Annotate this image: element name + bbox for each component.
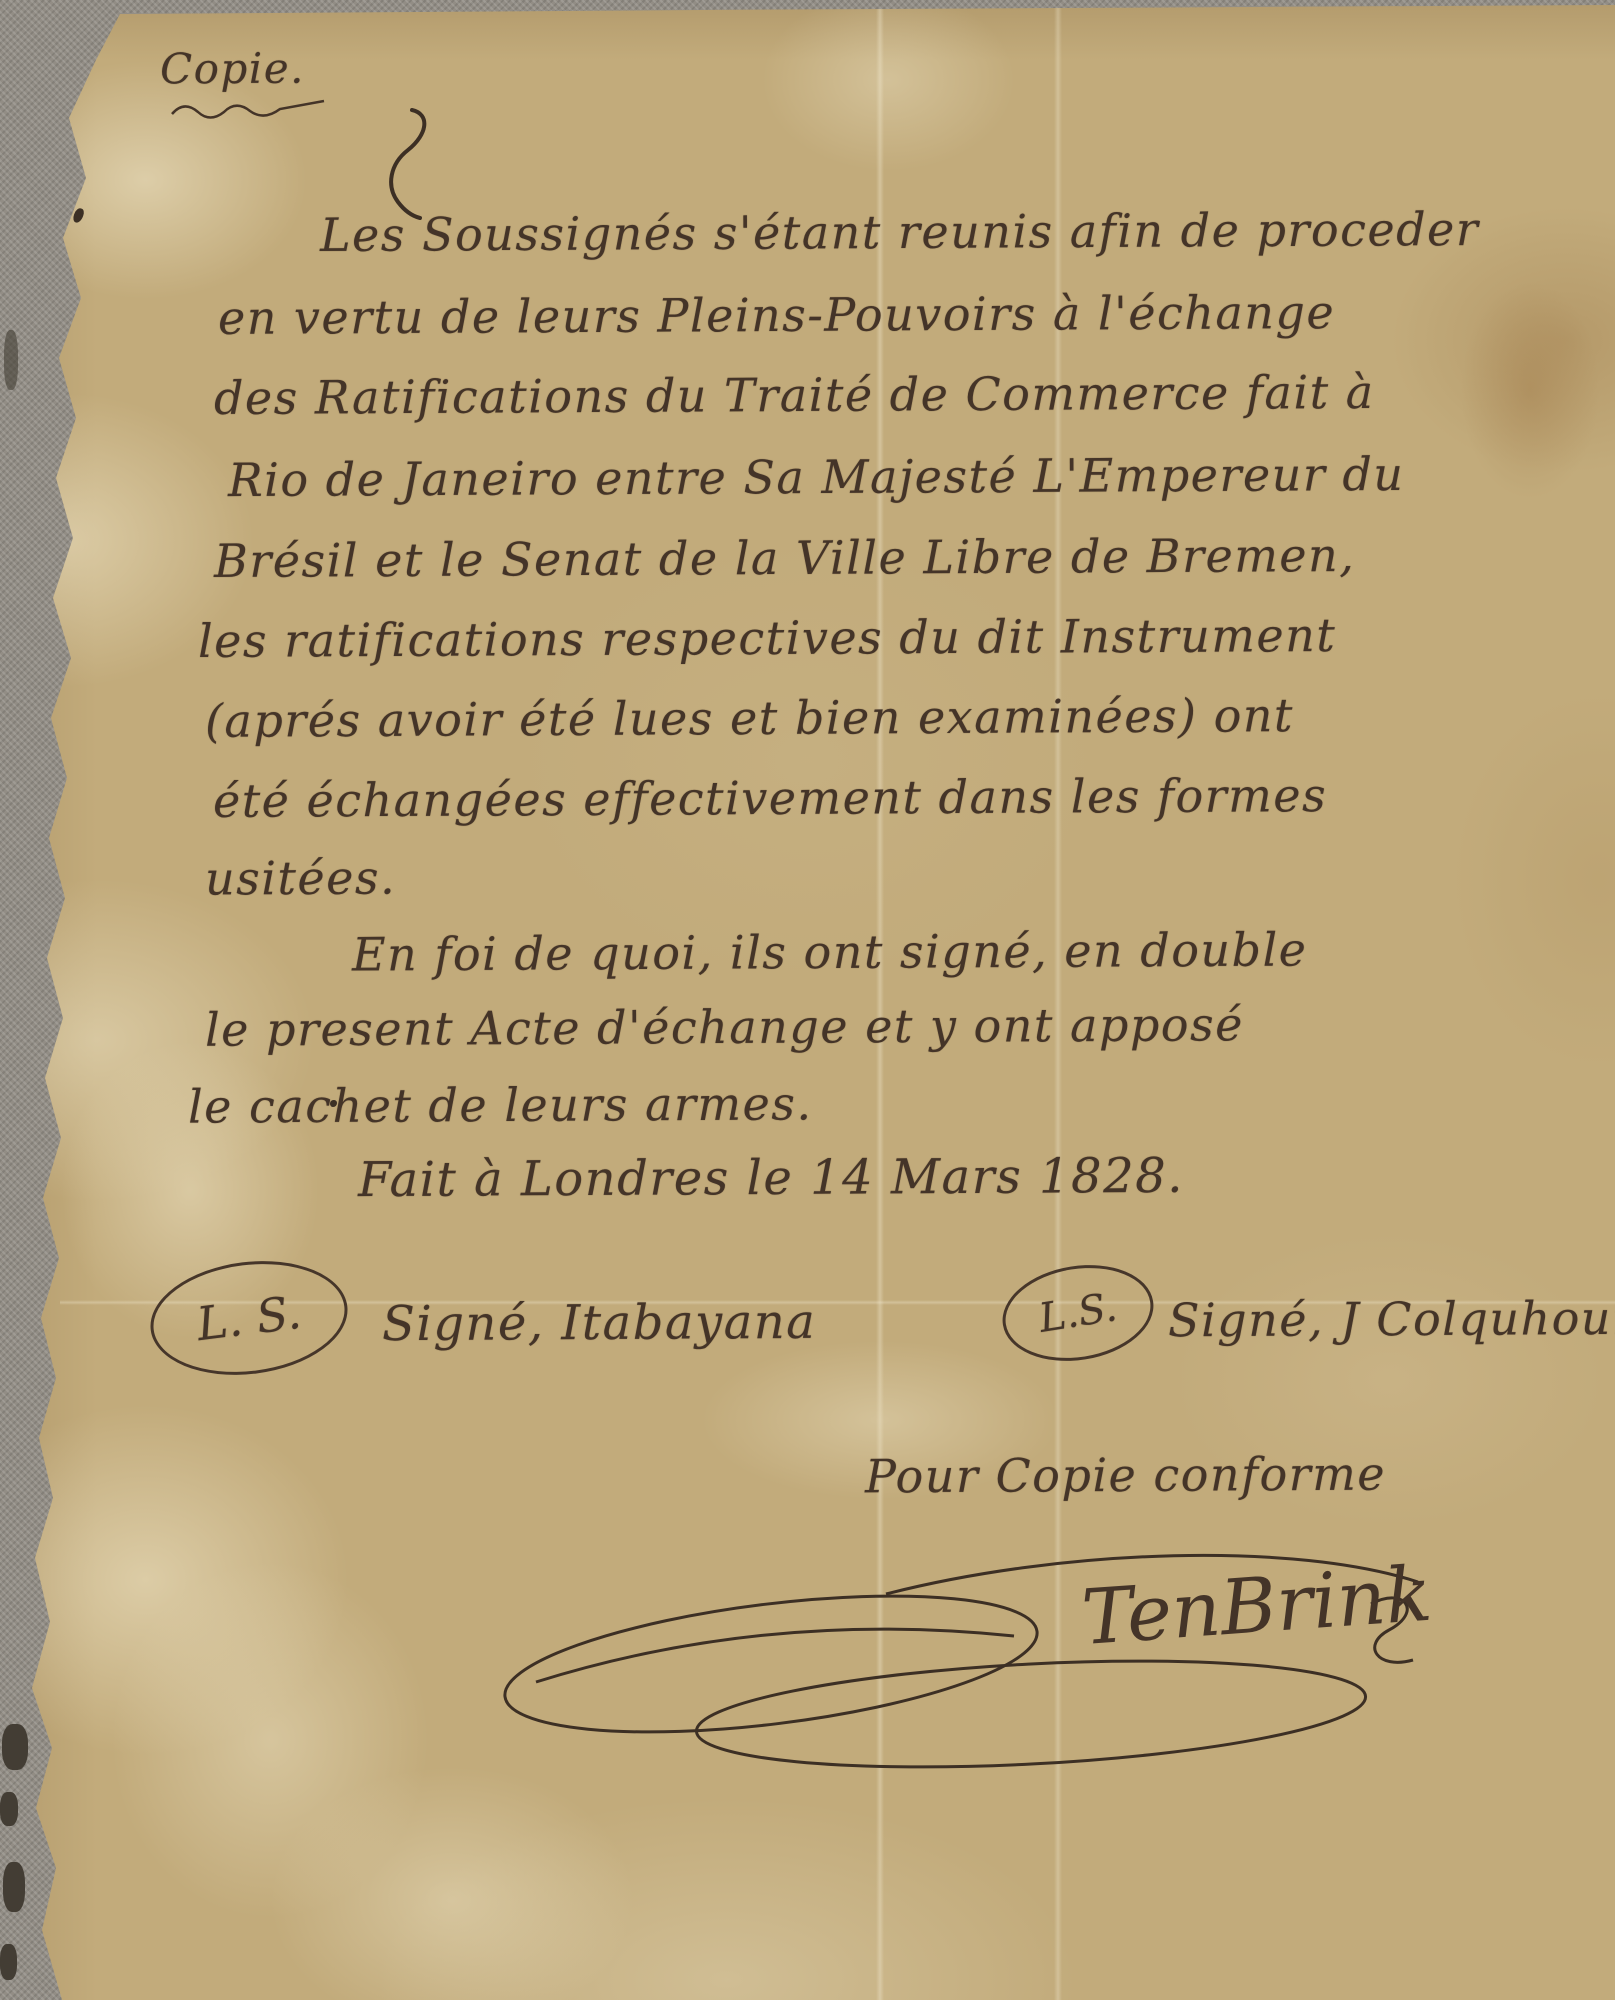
manuscript-line: Brésil et le Senat de la Ville Libre de … [214, 528, 1356, 588]
ink-speck [20, 66, 32, 74]
manuscript-line: des Ratifications du Traité de Commerce … [214, 365, 1375, 425]
seal-ls-colquhoun: L.S. [996, 1255, 1161, 1372]
paper-sheet: Copie. Les Soussignés s'étant reunis afi… [0, 0, 1615, 2000]
seal-attribution-itabayana: Signé, Itabayana [382, 1294, 817, 1352]
manuscript-scan: { "page": { "heading": "Copie.", "lines"… [0, 0, 1615, 2000]
manuscript-line: en vertu de leurs Pleins-Pouvoirs à l'éc… [218, 285, 1335, 345]
manuscript-line: Rio de Janeiro entre Sa Majesté L'Empere… [228, 447, 1405, 507]
signature-flourish: TenBrink [466, 1532, 1436, 1782]
edge-ink-mark [0, 1792, 18, 1826]
edge-ink-mark [0, 1944, 17, 1980]
manuscript-line: le present Acte d'échange et y ont appos… [205, 997, 1244, 1056]
seal-label: L.S. [1036, 1284, 1120, 1342]
edge-ink-mark [4, 330, 18, 390]
certification-line: Pour Copie conforme [865, 1447, 1386, 1504]
paper-stain [1460, 280, 1600, 500]
manuscript-line: En foi de quoi, ils ont signé, en double [352, 922, 1308, 981]
ink-speck [72, 207, 86, 224]
manuscript-line: usitées. [205, 851, 396, 906]
manuscript-line: le cachet de leurs armes. [188, 1076, 813, 1133]
lead-in-flourish [378, 106, 434, 224]
manuscript-line: été échangées effectivement dans les for… [213, 768, 1327, 828]
signature-name: TenBrink [1079, 1549, 1435, 1662]
manuscript-line: les ratifications respectives du dit Ins… [198, 608, 1337, 668]
heading-underline-flourish [168, 96, 328, 130]
edge-ink-mark [3, 1862, 25, 1912]
seal-attribution-colquhoun: Signé, J Colquhoun. [1168, 1291, 1615, 1348]
date-line: Fait à Londres le 14 Mars 1828. [358, 1148, 1184, 1208]
edge-ink-mark [2, 1724, 28, 1770]
paper-stain [110, 1560, 430, 1920]
seal-label: L. S. [194, 1285, 304, 1351]
manuscript-line: (aprés avoir été lues et bien examinées)… [205, 688, 1294, 748]
manuscript-line: Les Soussignés s'étant reunis afin de pr… [320, 202, 1480, 262]
heading-copie: Copie. [160, 44, 305, 94]
